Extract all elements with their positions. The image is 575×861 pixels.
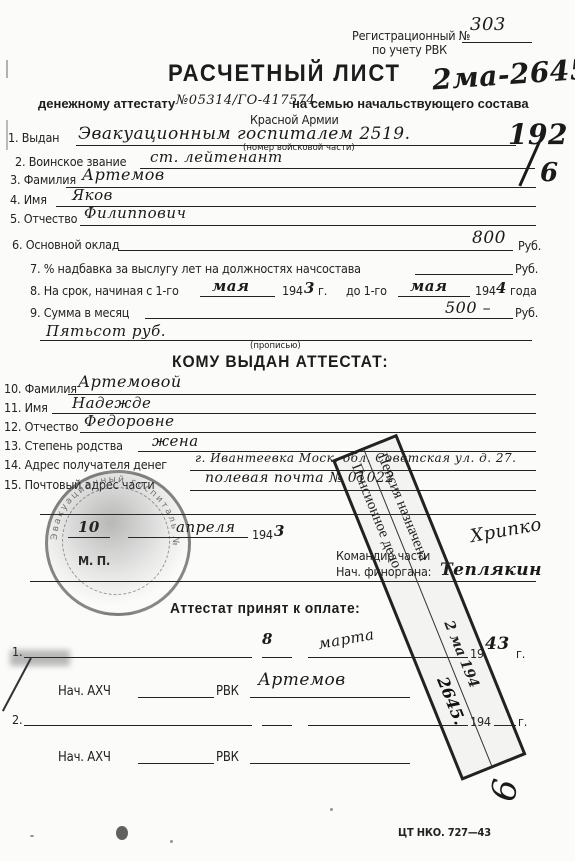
amount-in-words-note: (прописью): [250, 341, 301, 351]
amount-in-words: Пятьсот руб.: [46, 322, 166, 340]
field-3-value: Артемов: [82, 165, 165, 184]
recipient-field-10-label: 10. Фамилия: [4, 381, 77, 396]
signature-year: 3: [274, 522, 285, 540]
field-8-to-year-prefix: 194: [475, 283, 496, 298]
finance-signature: Теплякин: [440, 560, 542, 580]
field-8-from-month: мая: [212, 277, 249, 295]
recipient-field-12-value: Федоровне: [84, 412, 175, 430]
recipient-field-11-label: 11. Имя: [4, 400, 48, 415]
pension-stamp: Пенсионное дело Пенсия назначена 2 ма 19…: [332, 434, 527, 781]
signature-year-prefix: 194: [252, 527, 273, 542]
recipient-field-13-value: жена: [152, 432, 199, 450]
title-annotation: 2ма-2645: [431, 53, 575, 97]
page-title: РАСЧЕТНЫЙ ЛИСТ: [168, 60, 401, 88]
recipient-field-11-value: Надежде: [72, 394, 151, 412]
acceptance-row-1-rvk-label: РВК: [216, 684, 239, 699]
recipient-field-12-label: 12. Отчество: [4, 419, 78, 434]
field-5-label: 5. Отчество: [10, 211, 77, 226]
acceptance-row-1-day: 8: [262, 630, 273, 648]
field-9-label: 9. Сумма в месяц: [30, 305, 129, 320]
acceptance-row-2-head-label: Нач. АХЧ: [58, 750, 111, 765]
acceptance-row-2-rvk-label: РВК: [216, 750, 239, 765]
recipient-field-10-value: Артемовой: [78, 372, 182, 391]
field-7-label: 7. % надбавка за выслугу лет на должност…: [30, 261, 361, 276]
field-4-label: 4. Имя: [10, 192, 47, 207]
field-6-unit: Руб.: [518, 238, 541, 253]
recipient-field-13-label: 13. Степень родства: [4, 438, 123, 453]
field-4-value: Яков: [72, 186, 113, 204]
margin-annotation-bottom: 6: [540, 158, 559, 188]
attestat-suffix: на семью начальствующего состава: [292, 96, 529, 111]
field-2-value: ст. лейтенант: [150, 148, 283, 166]
round-stamp: Эвакуационный госпиталь №: [45, 470, 191, 616]
field-6-value: 800: [472, 228, 506, 248]
field-1-value: Эвакуационным госпиталем 2519.: [78, 124, 411, 144]
field-8-from-year: 3: [304, 279, 315, 297]
acceptance-row-1-suffix: г.: [516, 646, 525, 661]
field-8-label: 8. На срок, начиная с 1-го: [30, 283, 179, 298]
field-8-to-label: до 1-го: [346, 283, 387, 298]
acceptance-row-1-signature: Артемов: [258, 670, 346, 690]
field-8-to-suffix: года: [510, 283, 537, 298]
field-3-label: 3. Фамилия: [10, 172, 76, 187]
field-8-to-month: мая: [410, 277, 447, 295]
bottom-annotation: 6: [483, 776, 526, 805]
field-8-from-year-prefix: 194: [282, 283, 303, 298]
registration-number: 303: [470, 14, 506, 35]
field-8-year-suffix: г.: [318, 283, 327, 298]
field-6-label: 6. Основной оклад: [12, 237, 119, 252]
recipient-heading: КОМУ ВЫДАН АТТЕСТАТ:: [172, 352, 389, 372]
field-8-to-year: 4: [496, 279, 507, 297]
field-1-label: 1. Выдан: [8, 130, 59, 145]
acceptance-heading: Аттестат принят к оплате:: [170, 600, 360, 617]
registration-sub: по учету РВК: [372, 42, 447, 57]
acceptance-row-1-head-label: Нач. АХЧ: [58, 684, 111, 699]
footer-code: ЦТ НКО. 727—43: [398, 826, 491, 839]
acceptance-row-2-num: 2.: [12, 712, 22, 727]
svg-text:Эвакуационный госпиталь №: Эвакуационный госпиталь №: [50, 475, 180, 548]
registration-label: Регистрационный №: [352, 28, 470, 43]
field-7-unit: Руб.: [515, 261, 538, 276]
field-9-value: 500 –: [445, 298, 491, 317]
commander-signature: Хрипко: [469, 514, 544, 547]
attestat-prefix: денежному аттестату: [38, 96, 175, 111]
acceptance-row-1-month: марта: [317, 625, 376, 653]
field-9-unit: Руб.: [515, 305, 538, 320]
field-5-value: Филиппович: [84, 204, 186, 222]
acceptance-row-1-year: 43: [485, 634, 510, 654]
acceptance-row-2-suffix: г.: [518, 714, 527, 729]
